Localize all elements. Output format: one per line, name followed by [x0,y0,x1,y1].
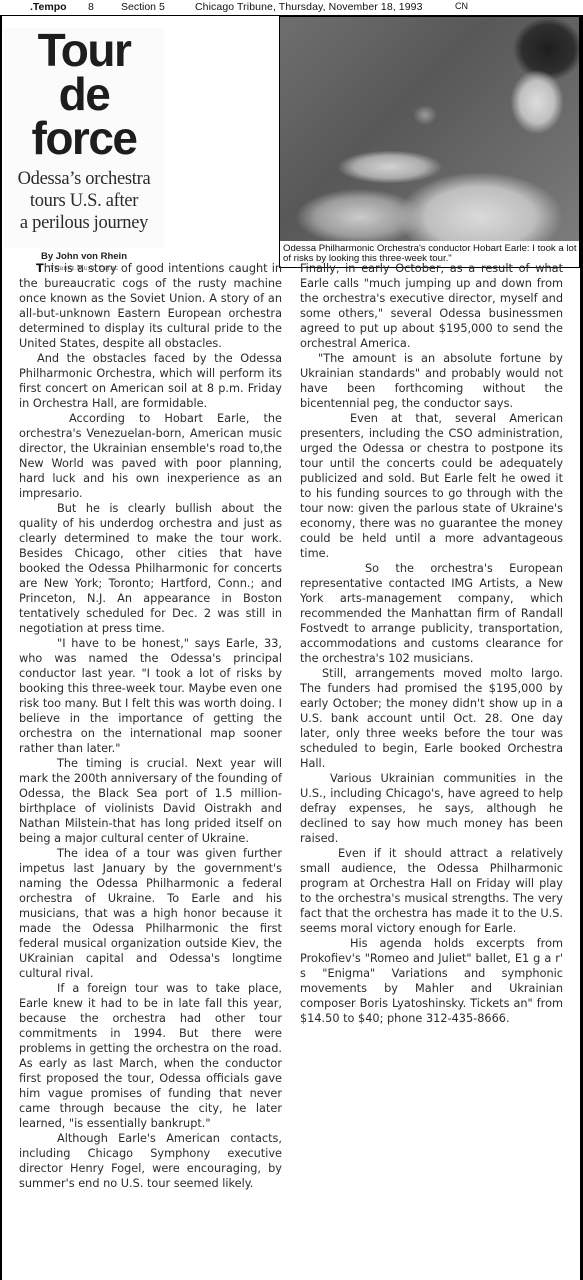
drop-cap: T [36,262,44,275]
paragraph: Even if it should attract a relatively s… [300,846,563,936]
section-label: Section 5 [121,1,165,13]
paragraph: This is a story of good intentions caugh… [19,261,282,351]
paragraph: Still, arrangements moved molto largo. T… [300,666,563,771]
paragraph: Although Earle's American contacts, incl… [19,1131,282,1191]
headline-block: Tour de force Odessa’s orchestra tours U… [4,28,164,248]
paragraph: Even at that, several American presenter… [300,411,563,561]
edition-code: CN [455,1,468,11]
headline-line-1: Tour [4,28,164,72]
paragraph: His agenda holds excerpts from Prokofiev… [300,936,563,1026]
paragraph: But he is clearly bullish about the qual… [19,501,282,636]
paragraph: "The amount is an absolute fortune by Uk… [300,351,563,411]
paper-date: Chicago Tribune, Thursday, November 18, … [195,1,423,13]
paragraph: Finally, in early October, as a result o… [300,261,563,351]
subheadline: Odessa’s orchestra tours U.S. after a pe… [4,168,164,234]
page-number: 8 [88,1,94,13]
paragraph: And the obstacles faced by the Odessa Ph… [19,351,282,411]
conductor-photo [280,17,579,241]
headline: Tour de force [4,28,164,160]
paragraph: If a foreign tour was to take place, Ear… [19,981,282,1131]
paragraph: The timing is crucial. Next year will ma… [19,756,282,846]
masthead: .Tempo 8 Section 5 Chicago Tribune, Thur… [0,0,583,16]
photo-box: Odessa Philharmonic Orchestra's conducto… [279,16,580,268]
deck-line-2: tours U.S. after [4,190,164,212]
deck-line-1: Odessa’s orchestra [4,168,164,190]
paragraph: So the orchestra's European representati… [300,561,563,666]
paragraph: "I have to be honest," says Earle, 33, w… [19,636,282,756]
article-column-left: This is a story of good intentions caugh… [19,261,282,1191]
deck-line-3: a perilous journey [4,212,164,234]
paragraph: The idea of a tour was given further imp… [19,846,282,981]
section-name: .Tempo [30,1,67,13]
paragraph: Various Ukrainian communities in the U.S… [300,771,563,846]
headline-line-2: de force [4,72,164,160]
paragraph: According to Hobart Earle, the orchestra… [19,411,282,501]
article-column-right: Finally, in early October, as a result o… [300,261,563,1026]
